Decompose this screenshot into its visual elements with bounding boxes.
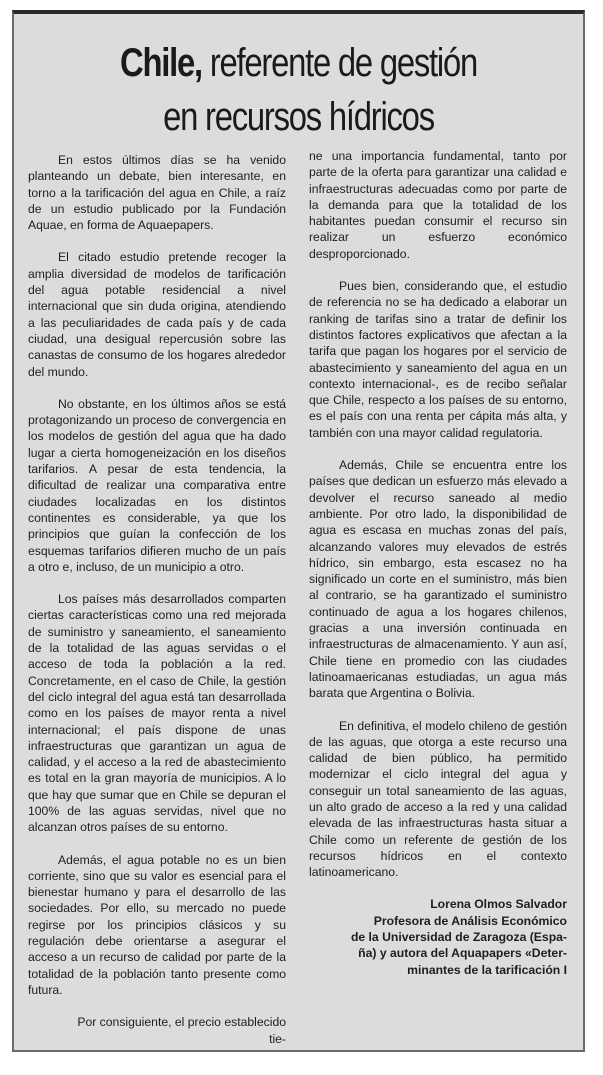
left-column: En estos últimos días se ha venido plant… [28, 152, 286, 1063]
author-affiliation-2: ña) y autora del Aquapapers «Deter- [309, 945, 567, 961]
author-publication: minantes de la tarificación I [309, 962, 567, 978]
paragraph: El citado estudio pretende recoger la am… [28, 249, 286, 379]
author-title: Profesora de Análisis Económico [309, 913, 567, 929]
right-column: ne una importancia fundamental, tanto po… [309, 148, 567, 978]
title-line-2: en recursos hídricos [65, 90, 532, 144]
paragraph: ne una importancia fundamental, tanto po… [309, 148, 567, 262]
paragraph: En estos últimos días se ha venido plant… [28, 152, 286, 233]
title-bold: Chile, [120, 41, 202, 85]
author-signature: Lorena Olmos Salvador Profesora de Análi… [309, 896, 567, 977]
title-rest: referente de gestión [202, 41, 477, 85]
paragraph: Los países más desarrollados comparten c… [28, 591, 286, 835]
paragraph: Además, el agua potable no es un bien co… [28, 852, 286, 999]
paragraph: Por consiguiente, el precio establecido … [28, 1014, 286, 1047]
paragraph: Además, Chile se encuentra entre los paí… [309, 457, 567, 701]
author-affiliation: de la Universidad de Zaragoza (Espa- [309, 929, 567, 945]
author-name: Lorena Olmos Salvador [309, 896, 567, 912]
article-title: Chile, referente de gestión en recursos … [65, 36, 532, 144]
paragraph: En definitiva, el modelo chileno de gest… [309, 718, 567, 881]
paragraph: No obstante, en los últimos años se está… [28, 396, 286, 575]
paragraph: Pues bien, considerando que, el estudio … [309, 278, 567, 441]
